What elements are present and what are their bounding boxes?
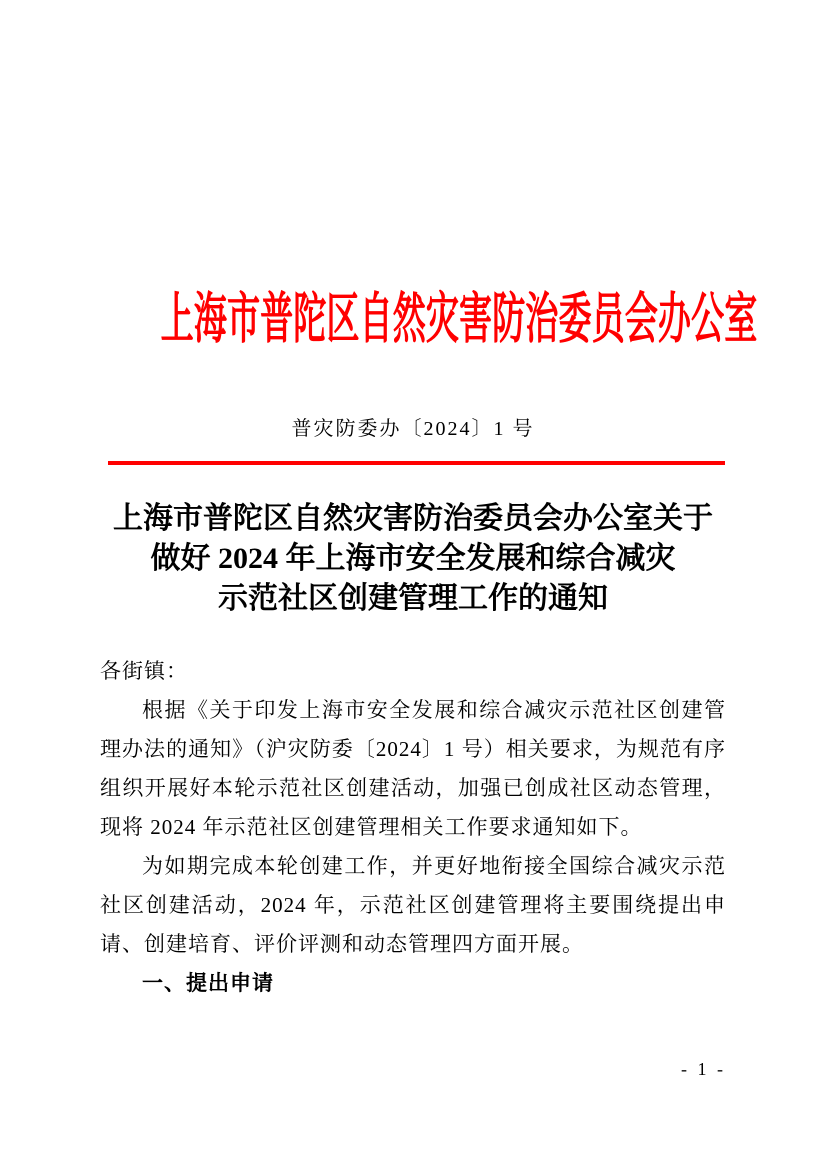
salutation: 各街镇： bbox=[100, 652, 726, 691]
section-heading: 一、提出申请 bbox=[100, 964, 726, 1003]
document-body: 各街镇： 根据《关于印发上海市安全发展和综合减灾示范社区创建管理办法的通知》（沪… bbox=[100, 652, 726, 1003]
body-paragraph: 为如期完成本轮创建工作，并更好地衔接全国综合减灾示范社区创建活动，2024 年，… bbox=[100, 847, 726, 964]
issuer-header: 上海市普陀区自然灾害防治委员会办公室 bbox=[0, 274, 826, 348]
document-page: 上海市普陀区自然灾害防治委员会办公室 普灾防委办〔2024〕1 号 上海市普陀区… bbox=[0, 0, 826, 1169]
page-number: - 1 - bbox=[681, 1059, 726, 1080]
document-title-line-2: 做好 2024 年上海市安全发展和综合减灾 bbox=[50, 539, 776, 579]
issuer-header-text: 上海市普陀区自然灾害防治委员会办公室 bbox=[161, 274, 758, 354]
red-divider-line bbox=[108, 461, 725, 465]
body-paragraph: 根据《关于印发上海市安全发展和综合减灾示范社区创建管理办法的通知》（沪灾防委〔2… bbox=[100, 691, 726, 847]
document-title-line-3: 示范社区创建管理工作的通知 bbox=[50, 579, 776, 619]
document-title: 上海市普陀区自然灾害防治委员会办公室关于 做好 2024 年上海市安全发展和综合… bbox=[50, 499, 776, 619]
document-title-line-1: 上海市普陀区自然灾害防治委员会办公室关于 bbox=[50, 499, 776, 539]
document-number: 普灾防委办〔2024〕1 号 bbox=[0, 412, 826, 441]
